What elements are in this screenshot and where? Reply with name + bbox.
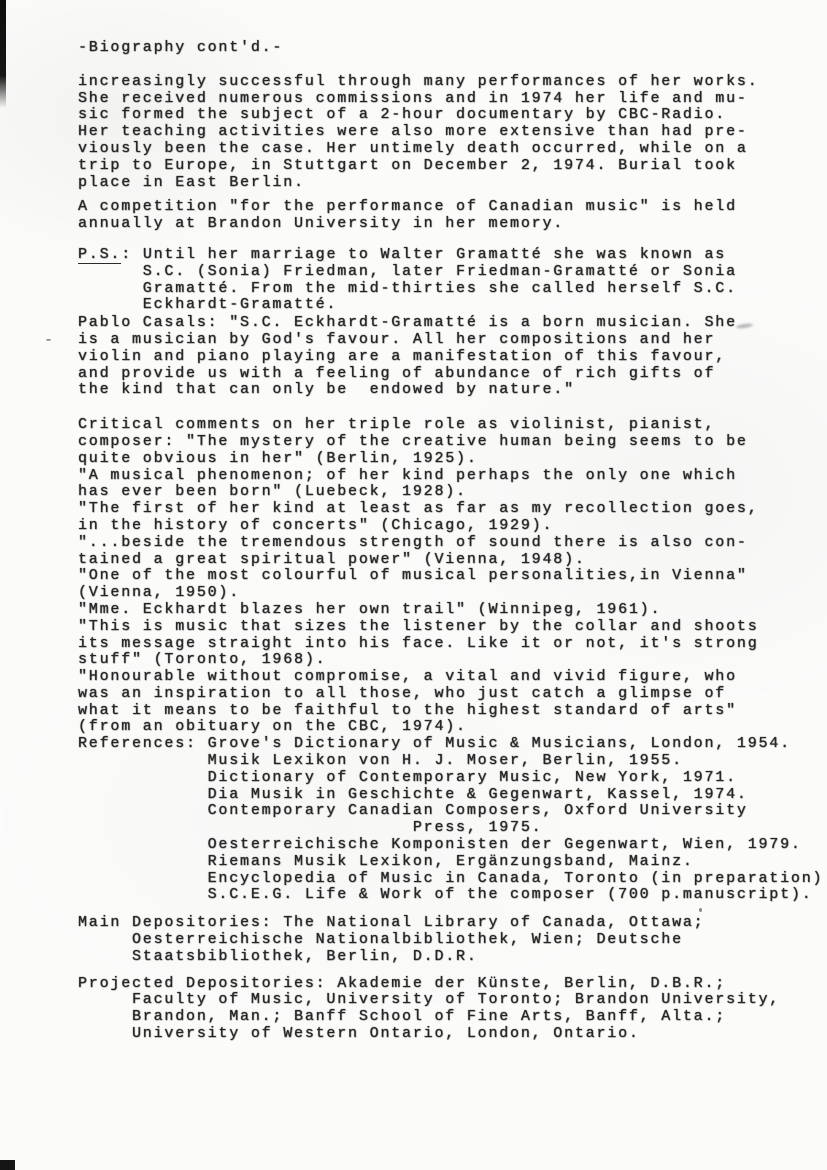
text-line: Encyclopedia of Music in Canada, Toronto…: [78, 871, 827, 888]
text-line: sic formed the subject of a 2-hour docum…: [78, 107, 827, 124]
text-line: place in East Berlin.: [78, 175, 827, 192]
text-line: S.C.E.G. Life & Work of the composer (70…: [78, 887, 827, 904]
text-line: Pablo Casals: "S.C. Eckhardt-Gramatté is…: [78, 315, 827, 332]
text-line: composer: "The mystery of the creative h…: [78, 434, 827, 451]
section-competition: A competition "for the performance of Ca…: [78, 199, 827, 233]
text-line: (from an obituary on the CBC, 1974).: [78, 719, 827, 736]
scan-speck: [699, 908, 702, 912]
text-line: has ever been born" (Luebeck, 1928).: [78, 484, 827, 501]
text-line: trip to Europe, in Stuttgart on December…: [78, 158, 827, 175]
document-page: - -Biography cont'd.- increasingly succe…: [0, 0, 827, 1170]
text-line: Staatsbibliothek, Berlin, D.D.R.: [78, 949, 827, 966]
text-line: She received numerous commissions and in…: [78, 91, 827, 108]
section-casals-quote: Pablo Casals: "S.C. Eckhardt-Gramatté is…: [78, 315, 827, 399]
text-line: Oesterreichische Komponisten der Gegenwa…: [78, 837, 827, 854]
scan-corner-artifact: [0, 1160, 15, 1170]
document-body: -Biography cont'd.- increasingly success…: [0, 0, 827, 1043]
text-line: "Honourable without compromise, a vital …: [78, 669, 827, 686]
text-line: its message straight into his face. Like…: [78, 636, 827, 653]
text-line: "This is music that sizes the listener b…: [78, 619, 827, 636]
text-line: tained a great spiritual power" (Vienna,…: [78, 552, 827, 569]
text-line: quite obvious in her" (Berlin, 1925).: [78, 451, 827, 468]
section-main-depositories: Main Depositories: The National Library …: [78, 915, 827, 965]
text-line: Faculty of Music, University of Toronto;…: [78, 992, 827, 1009]
page-header: -Biography cont'd.-: [78, 40, 827, 57]
section-ps-note: P.S.: Until her marriage to Walter Grama…: [78, 247, 827, 314]
text-line: and provide us with a feeling of abundan…: [78, 366, 827, 383]
text-line: Contemporary Canadian Composers, Oxford …: [78, 803, 827, 820]
text-line: the kind that can only be endowed by nat…: [78, 382, 827, 399]
text-line: "The first of her kind at least as far a…: [78, 501, 827, 518]
text-line: what it means to be faithful to the high…: [78, 703, 827, 720]
text-line: Press, 1975.: [78, 820, 827, 837]
text-line: References: Grove's Dictionary of Music …: [78, 736, 827, 753]
ps-continuation: S.C. (Sonia) Friedman, later Friedman-Gr…: [78, 264, 827, 314]
text-line: Eckhardt-Gramatté.: [78, 297, 827, 314]
text-line: Dictionary of Contemporary Music, New Yo…: [78, 770, 827, 787]
ps-first-line: P.S.: Until her marriage to Walter Grama…: [78, 247, 827, 264]
text-line: "...beside the tremendous strength of so…: [78, 535, 827, 552]
text-line: Dia Musik in Geschichte & Gegenwart, Kas…: [78, 787, 827, 804]
text-line: annually at Brandon University in her me…: [78, 216, 827, 233]
text-line: S.C. (Sonia) Friedman, later Friedman-Gr…: [78, 264, 827, 281]
text-line: "A musical phenomenon; of her kind perha…: [78, 468, 827, 485]
text-line: A competition "for the performance of Ca…: [78, 199, 827, 216]
text-line: stuff" (Toronto, 1968).: [78, 652, 827, 669]
text-line: was an inspiration to all those, who jus…: [78, 686, 827, 703]
text-line: Musik Lexikon von H. J. Moser, Berlin, 1…: [78, 753, 827, 770]
text-line: is a musician by God's favour. All her c…: [78, 332, 827, 349]
section-biography: increasingly successful through many per…: [78, 74, 827, 192]
text-line: Brandon, Man.; Banff School of Fine Arts…: [78, 1009, 827, 1026]
text-line: Critical comments on her triple role as …: [78, 417, 827, 434]
text-line: Riemans Musik Lexikon, Ergänzungsband, M…: [78, 854, 827, 871]
text-line: "One of the most colourful of musical pe…: [78, 568, 827, 585]
section-projected-depositories: Projected Depositories: Akademie der Kün…: [78, 976, 827, 1043]
text-line: Gramatté. From the mid-thirties she call…: [78, 281, 827, 298]
text-line: (Vienna, 1950).: [78, 585, 827, 602]
text-line: Her teaching activities were also more e…: [78, 124, 827, 141]
text-line: in the history of concerts" (Chicago, 19…: [78, 518, 827, 535]
text-line: violin and piano playing are a manifesta…: [78, 349, 827, 366]
section-critical-comments: Critical comments on her triple role as …: [78, 417, 827, 736]
text-line: Oesterreichische Nationalbibliothek, Wie…: [78, 932, 827, 949]
text-line: increasingly successful through many per…: [78, 74, 827, 91]
ps-first-line-rest: : Until her marriage to Walter Gramatté …: [121, 246, 726, 263]
margin-dash-mark: -: [44, 332, 53, 349]
text-line: "Mme. Eckhardt blazes her own trail" (Wi…: [78, 602, 827, 619]
text-line: viously been the case. Her untimely deat…: [78, 141, 827, 158]
text-line: Projected Depositories: Akademie der Kün…: [78, 976, 827, 993]
text-line: Main Depositories: The National Library …: [78, 915, 827, 932]
text-line: University of Western Ontario, London, O…: [78, 1026, 827, 1043]
section-references: References: Grove's Dictionary of Music …: [78, 736, 827, 904]
scan-edge-artifact: [0, 0, 6, 108]
ps-label: P.S.: [78, 246, 121, 265]
